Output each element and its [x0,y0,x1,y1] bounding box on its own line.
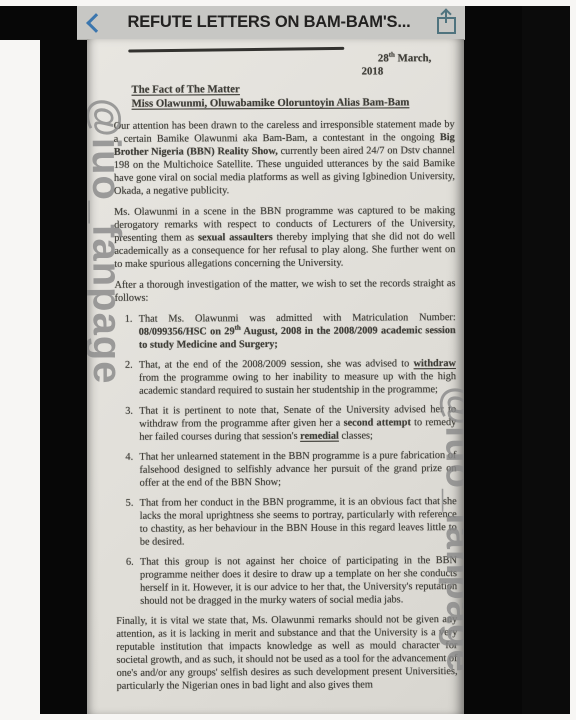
numbered-list: 1.That Ms. Olawunmi was admitted with Ma… [115,311,458,608]
list-item-text: That from her conduct in the BBN program… [140,495,457,549]
back-button[interactable] [77,6,107,39]
letter-content: 28th March, 2018 The Fact of The Matter … [113,52,457,701]
list-item-number: 4. [125,451,139,490]
list-item: 1.That Ms. Olawunmi was admitted with Ma… [125,311,456,352]
list-item-text: That Ms. Olawunmi was admitted with Matr… [139,311,456,352]
document-page[interactable]: @iuo_fanpage @iuo_fanpage 28th March, 20… [87,39,464,714]
paragraph: Our attention has been drawn to the care… [114,118,455,198]
watermark-right: @iuo_fanpage [436,386,464,673]
heading-name: Miss Olawunmi, Oluwabamike Oloruntoyin A… [132,95,455,111]
navigation-bar: REFUTE LETTERS ON BAM-BAM'S... [77,6,465,40]
list-item-number: 6. [126,556,140,608]
list-item: 3.That it is pertinent to note that, Sen… [125,403,456,444]
list-item: 5.That from her conduct in the BBN progr… [126,495,457,549]
page-title: REFUTE LETTERS ON BAM-BAM'S... [107,13,431,32]
date-block: 28th March, 2018 [313,52,431,79]
paragraphs: Our attention has been drawn to the care… [114,118,456,305]
right-black-bar [522,6,570,714]
list-item-text: That, at the end of the 2008/2009 sessio… [139,357,456,398]
list-item-number: 3. [125,405,139,444]
share-button[interactable] [431,6,465,39]
list-item: 2.That, at the end of the 2008/2009 sess… [125,357,456,398]
list-item: 6.That this group is not against her cho… [126,554,457,608]
list-item-number: 5. [126,497,140,549]
top-left-black-bar [0,6,42,40]
scan-artifact-line [128,47,344,53]
watermark-left: @iuo_fanpage [87,98,129,385]
letter-headings: The Fact of The Matter Miss Olawunmi, Ol… [131,81,454,111]
list-item: 4.That her unlearned statement in the BB… [125,449,456,490]
list-item-text: That this group is not against her choic… [140,554,457,608]
paragraph: After a thorough investigation of the ma… [114,277,455,305]
closing-paragraph: Finally, it is vital we state that, Ms. … [116,613,457,693]
phone-screenshot: REFUTE LETTERS ON BAM-BAM'S... @iuo_fanp… [40,6,522,714]
chevron-left-icon [86,13,106,33]
list-item-text: That her unlearned statement in the BBN … [139,449,456,490]
list-item-text: That it is pertinent to note that, Senat… [139,403,456,444]
paragraph: Ms. Olawunmi in a scene in the BBN progr… [114,204,455,271]
